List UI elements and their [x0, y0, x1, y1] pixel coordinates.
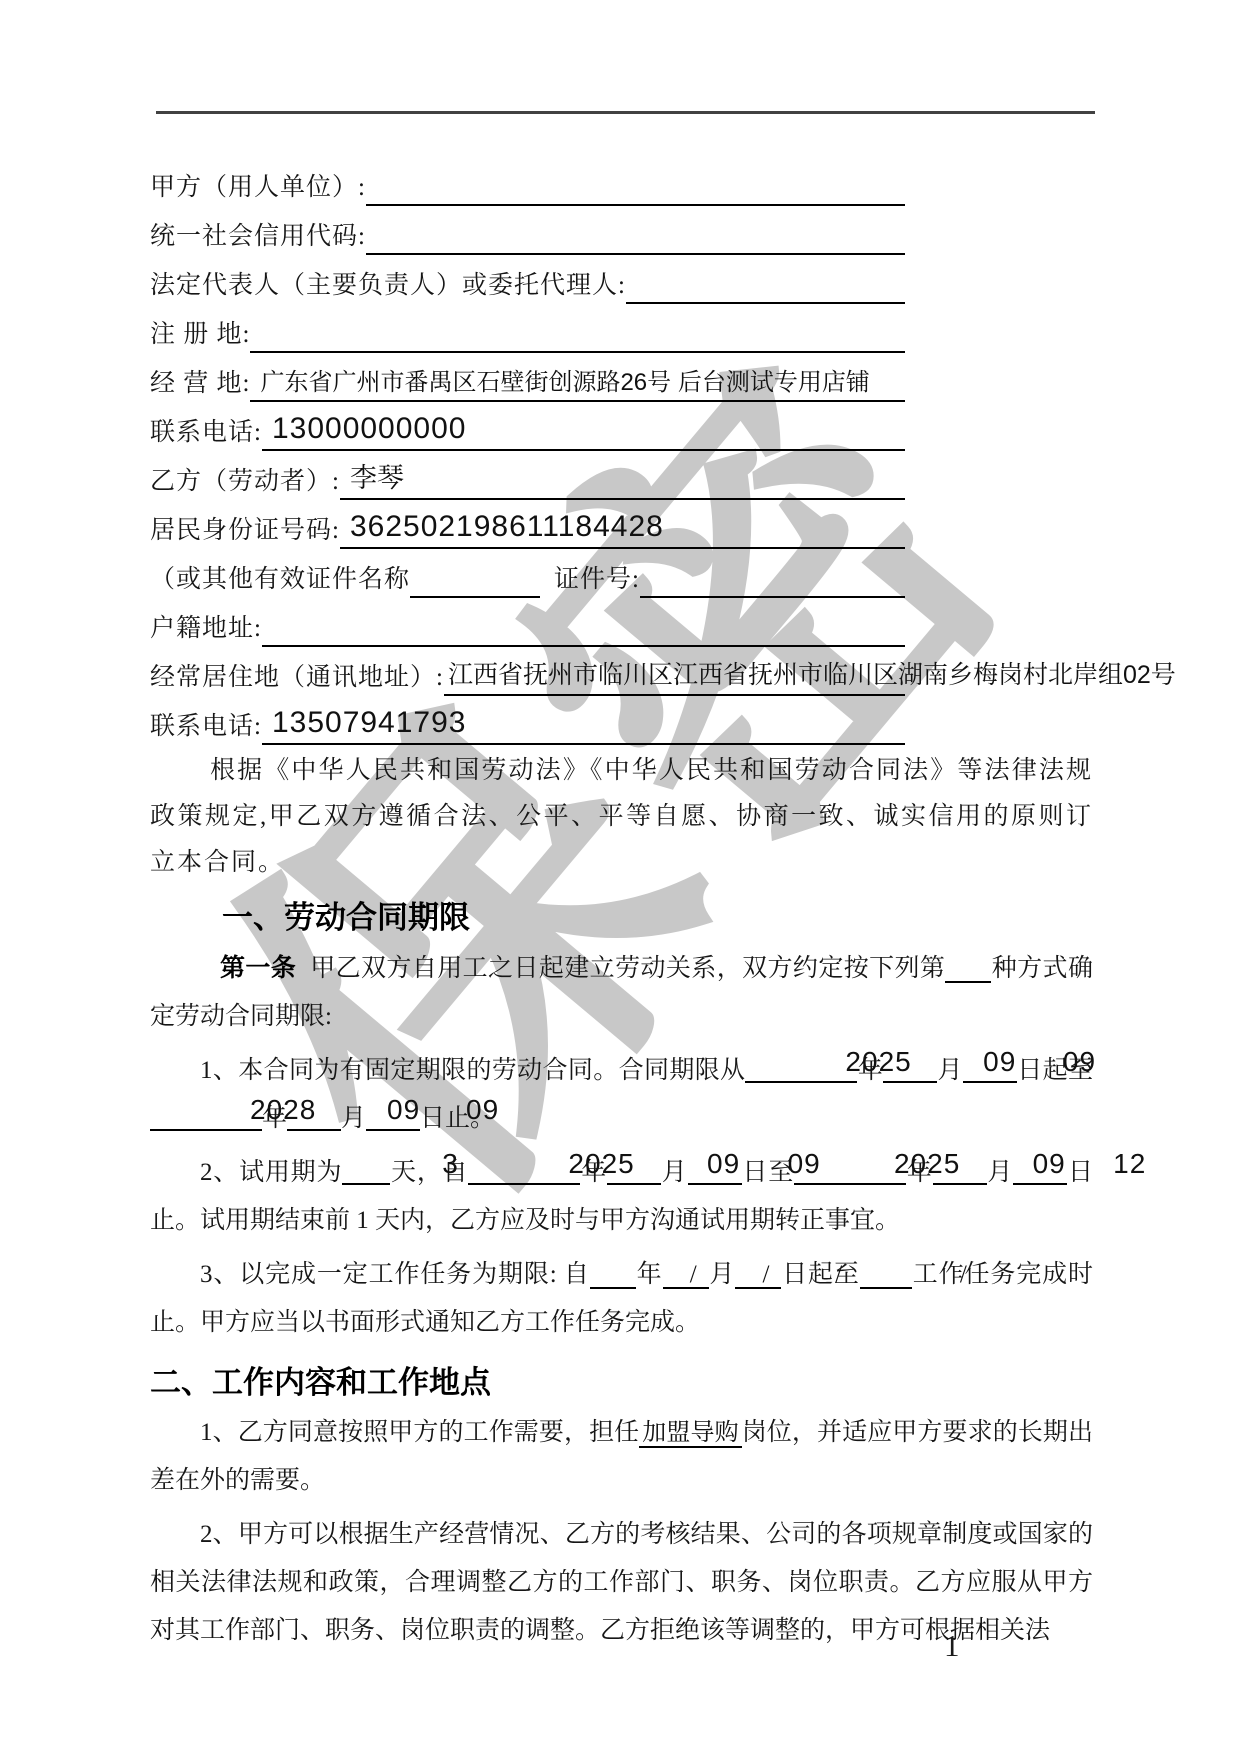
field-row-credit-code: 统一社会信用代码: [150, 206, 905, 255]
header-rule [156, 111, 1095, 114]
field-underline [262, 598, 905, 647]
inline-blank: 09 [287, 1103, 341, 1131]
section1-heading: 一、劳动合同期限 [222, 898, 1093, 938]
field-value: 广东省广州市番禺区石壁街创源路26号 后台测试专用店铺 [260, 362, 869, 397]
field-row-employer-phone: 联系电话: 13000000000 [150, 402, 905, 451]
article1-paragraph: 第一条甲乙双方自用工之日起建立劳动关系，双方约定按下列第种方式确定劳动合同期限: [150, 944, 1093, 1041]
field-label: 联系电话: [150, 706, 262, 745]
field-label: 居民身份证号码: [150, 510, 340, 549]
article1-label: 第一条 [220, 954, 296, 982]
field-label: 户籍地址: [150, 608, 262, 647]
field-row-business-address: 经 营 地: 广东省广州市番禺区石壁街创源路26号 后台测试专用店铺 [150, 353, 905, 402]
section1-item2: 2、试用期为3天，自2025年09月09日至2025年09月12日止。试用期结束… [150, 1149, 1093, 1245]
field-label: 甲方（用人单位）: [150, 167, 366, 206]
contract-page: 保密 甲方（用人单位）: 统一社会信用代码: 法定代表人（主要负责人）或委托代理… [0, 0, 1240, 1753]
intro-paragraph: 根据《中华人民共和国劳动法》《中华人民共和国劳动合同法》等法律法规政策规定,甲乙… [150, 748, 1093, 886]
inline-blank: 2025 [794, 1157, 906, 1185]
field-label: 经常居住地（通讯地址）: [150, 657, 444, 696]
inline-blank: 09 [688, 1157, 742, 1185]
inline-blank: 09 [963, 1055, 1017, 1083]
inline-blank: / [860, 1261, 912, 1289]
inline-blank: 09 [366, 1103, 420, 1131]
field-underline [250, 304, 905, 353]
field-row-residence-address: 经常居住地（通讯地址）: 江西省抚州市临川区江西省抚州市临川区湖南乡梅岗村北岸组… [150, 647, 905, 696]
field-row-employee-phone: 联系电话: 13507941793 [150, 696, 905, 745]
certificate-number-underline [640, 549, 905, 598]
inline-blank: 09 [933, 1157, 987, 1185]
section1-item1: 1、本合同为有固定期限的劳动合同。合同期限从2025年09月09日起至2028年… [150, 1047, 1093, 1143]
field-label: 注 册 地: [150, 314, 250, 353]
field-label: 法定代表人（主要负责人）或委托代理人: [150, 265, 626, 304]
section2-heading: 二、工作内容和工作地点 [150, 1363, 1093, 1403]
field-row-legal-representative: 法定代表人（主要负责人）或委托代理人: [150, 255, 905, 304]
field-row-household-address: 户籍地址: [150, 598, 905, 647]
inline-blank: 09 [607, 1157, 661, 1185]
underlined-value: 加盟导购 [639, 1419, 741, 1448]
field-label: 统一社会信用代码: [150, 216, 366, 255]
inline-blank: 12 [1013, 1157, 1067, 1185]
field-underline: 362502198611184428 [340, 500, 905, 549]
certificate-name-underline [410, 549, 540, 598]
field-value: 13000000000 [272, 412, 467, 446]
inline-blank: / [590, 1261, 636, 1289]
field-underline [626, 255, 905, 304]
field-value: 362502198611184428 [350, 510, 664, 544]
field-value: 13507941793 [272, 706, 467, 740]
field-label: 证件号: [554, 559, 640, 598]
field-label: （或其他有效证件名称 [150, 559, 410, 598]
field-underline: 李琴 [340, 451, 905, 500]
inline-blank: 09 [883, 1055, 937, 1083]
party-info-fields: 甲方（用人单位）: 统一社会信用代码: 法定代表人（主要负责人）或委托代理人: … [150, 157, 905, 745]
field-row-employer: 甲方（用人单位）: [150, 157, 905, 206]
inline-blank: / [663, 1261, 709, 1289]
field-underline [366, 206, 905, 255]
field-label: 联系电话: [150, 412, 262, 451]
inline-blank [945, 955, 991, 983]
field-underline: 13000000000 [262, 402, 905, 451]
page-number: 1 [944, 1628, 960, 1664]
field-value: 江西省抚州市临川区江西省抚州市临川区湖南乡梅岗村北岸组02号 [448, 655, 1176, 691]
field-underline: 江西省抚州市临川区江西省抚州市临川区湖南乡梅岗村北岸组02号 [444, 647, 905, 696]
field-underline [366, 157, 905, 206]
inline-blank: 2025 [745, 1055, 857, 1083]
field-row-registered-address: 注 册 地: [150, 304, 905, 353]
inline-blank: / [735, 1261, 781, 1289]
field-underline: 13507941793 [262, 696, 905, 745]
field-row-other-certificate: （或其他有效证件名称 证件号: [150, 549, 905, 598]
field-value: 李琴 [350, 456, 404, 495]
inline-blank: 2028 [150, 1103, 262, 1131]
field-row-employee-name: 乙方（劳动者）: 李琴 [150, 451, 905, 500]
section2-item1: 1、乙方同意按照甲方的工作需要，担任加盟导购岗位，并适应甲方要求的长期出差在外的… [150, 1409, 1093, 1505]
section1-item3: 3、以完成一定工作任务为期限: 自/年/月/日起至/工作任务完成时止。甲方应当以… [150, 1251, 1093, 1347]
inline-blank: 2025 [468, 1157, 580, 1185]
contract-body: 根据《中华人民共和国劳动法》《中华人民共和国劳动合同法》等法律法规政策规定,甲乙… [150, 748, 1093, 1655]
field-label: 经 营 地: [150, 363, 250, 402]
field-label: 乙方（劳动者）: [150, 461, 340, 500]
inline-blank: 3 [342, 1157, 390, 1185]
field-underline: 广东省广州市番禺区石壁街创源路26号 后台测试专用店铺 [250, 353, 905, 402]
field-row-id-number: 居民身份证号码: 362502198611184428 [150, 500, 905, 549]
